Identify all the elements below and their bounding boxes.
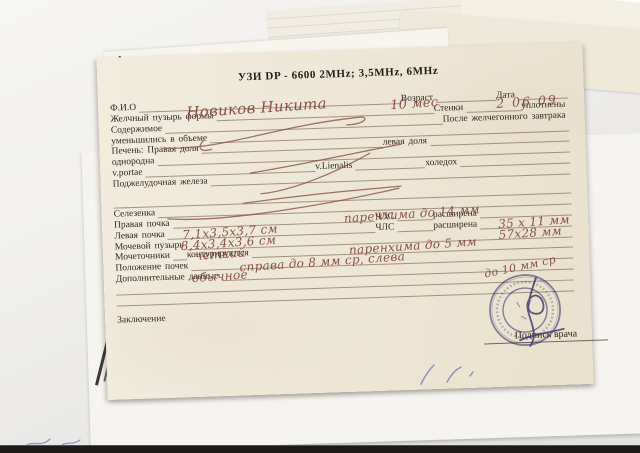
scanner-edge	[0, 445, 640, 453]
label-conclusion: Заключение	[117, 314, 169, 326]
form-title: УЗИ DP - 6600 2MHz; 3,5MHz, 6MHz	[109, 61, 567, 88]
label-ureters: Мочеточники	[115, 251, 173, 263]
round-stamp	[486, 271, 564, 349]
label-right-kidney: Правая почка	[114, 219, 173, 231]
blue-pen-marks	[415, 360, 485, 390]
ultrasound-report-form: УЗИ DP - 6600 2MHz; 3,5MHz, 6MHz Ф.И.О В…	[96, 42, 593, 400]
scanned-document: УЗИ DP - 6600 2MHz; 3,5MHz, 6MHz Ф.И.О В…	[0, 0, 640, 453]
label-left-kidney: Левая почка	[114, 230, 168, 242]
label-spleen: Селезенка	[113, 208, 158, 219]
label-fio: Ф.И.О	[110, 103, 139, 114]
label-v-portae: v.portae	[112, 168, 146, 179]
label-contents: Содержимое	[111, 124, 166, 136]
